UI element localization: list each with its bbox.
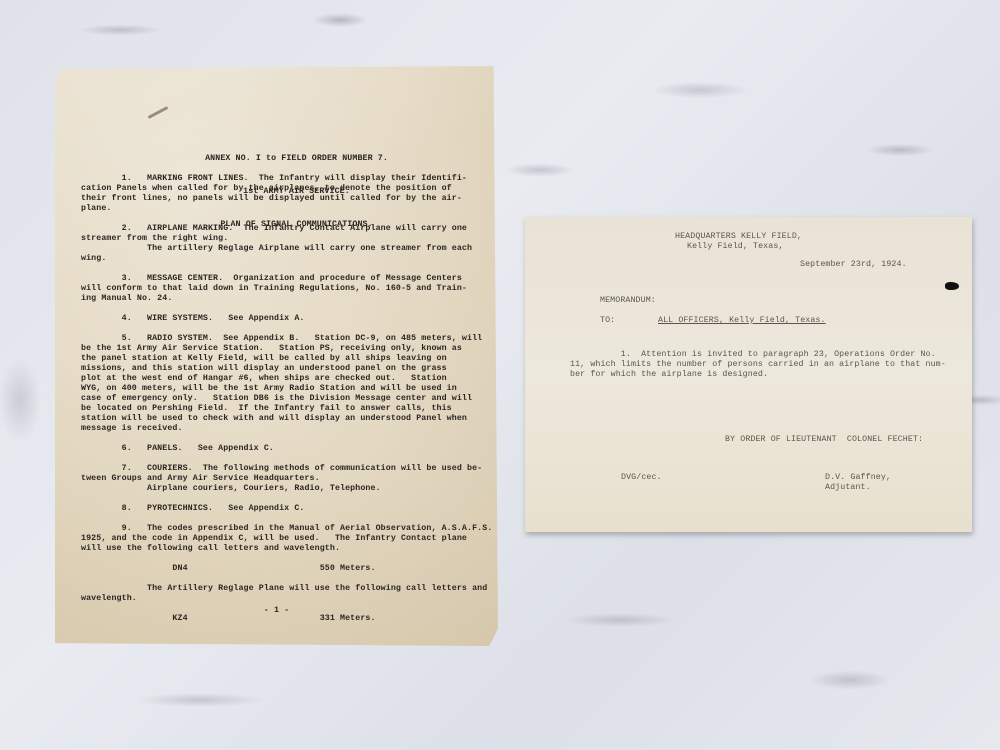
annex-line: 3. MESSAGE CENTER. Organization and proc… bbox=[81, 274, 492, 284]
annex-line: be located on Pershing Field. If the Inf… bbox=[81, 404, 492, 414]
annex-line: their front lines, no panels will be dis… bbox=[81, 194, 492, 204]
annex-line: plane. bbox=[81, 204, 492, 214]
annex-line: station will be used to check with and w… bbox=[81, 414, 492, 424]
annex-line: be the 1st Army Air Service Station. Sta… bbox=[81, 344, 492, 354]
annex-line: 5. RADIO SYSTEM. See Appendix B. Station… bbox=[81, 334, 492, 344]
annex-line bbox=[81, 324, 492, 334]
page-number: - 1 - bbox=[55, 606, 498, 616]
memo-line: 1. Attention is invited to paragraph 23,… bbox=[570, 350, 946, 360]
annex-line: Airplane couriers, Couriers, Radio, Tele… bbox=[81, 484, 492, 494]
annex-line: tween Groups and Army Air Service Headqu… bbox=[81, 474, 492, 484]
memo-body: 1. Attention is invited to paragraph 23,… bbox=[570, 350, 946, 380]
annex-line: DN4 550 Meters. bbox=[81, 564, 492, 574]
annex-line: The artillery Reglage Airplane will carr… bbox=[81, 244, 492, 254]
annex-line bbox=[81, 554, 492, 564]
annex-line: 7. COURIERS. The following methods of co… bbox=[81, 464, 492, 474]
annex-line: wing. bbox=[81, 254, 492, 264]
signature-line: BY ORDER OF LIEUTENANT COLONEL FECHET: bbox=[725, 435, 923, 445]
memo-line: ber for which the airplane is designed. bbox=[570, 370, 946, 380]
annex-line bbox=[81, 514, 492, 524]
annex-line: case of emergency only. Station DB6 is t… bbox=[81, 394, 492, 404]
annex-line: cation Panels when called for by the air… bbox=[81, 184, 492, 194]
annex-line: 6. PANELS. See Appendix C. bbox=[81, 444, 492, 454]
ink-blot bbox=[945, 282, 959, 290]
annex-title: ANNEX NO. I to FIELD ORDER NUMBER 7. bbox=[55, 153, 498, 164]
annex-line: streamer from the right wing. bbox=[81, 234, 492, 244]
memorandum-label: MEMORANDUM: bbox=[600, 296, 656, 306]
annex-line: 2. AIRPLANE MARKING. The Infantry Contac… bbox=[81, 224, 492, 234]
annex-document: ANNEX NO. I to FIELD ORDER NUMBER 7. 1st… bbox=[55, 66, 498, 646]
annex-line: 8. PYROTECHNICS. See Appendix C. bbox=[81, 504, 492, 514]
annex-line: ing Manual No. 24. bbox=[81, 294, 492, 304]
to-label: TO: bbox=[600, 316, 615, 326]
signer-name: D.V. Gaffney, bbox=[825, 473, 891, 483]
to-value: ALL OFFICERS, Kelly Field, Texas. bbox=[658, 316, 826, 326]
reference-initials: DVG/cec. bbox=[621, 473, 662, 483]
annex-line: wavelength. bbox=[81, 594, 492, 604]
memo-header-line1: HEADQUARTERS KELLY FIELD, bbox=[675, 232, 802, 242]
annex-line bbox=[81, 454, 492, 464]
memo-header-line2: Kelly Field, Texas, bbox=[687, 242, 784, 252]
memo-date: September 23rd, 1924. bbox=[800, 260, 907, 270]
annex-line: message is received. bbox=[81, 424, 492, 434]
annex-body: 1. MARKING FRONT LINES. The Infantry wil… bbox=[81, 174, 492, 624]
annex-line bbox=[81, 264, 492, 274]
annex-line: 9. The codes prescribed in the Manual of… bbox=[81, 524, 492, 534]
signer-title: Adjutant. bbox=[825, 483, 871, 493]
annex-line bbox=[81, 494, 492, 504]
memo-line: 11, which limits the number of persons c… bbox=[570, 360, 946, 370]
annex-line bbox=[81, 574, 492, 584]
annex-line: will conform to that laid down in Traini… bbox=[81, 284, 492, 294]
annex-line: 1925, and the code in Appendix C, will b… bbox=[81, 534, 492, 544]
annex-line: the panel station at Kelly Field, will b… bbox=[81, 354, 492, 364]
annex-line bbox=[81, 214, 492, 224]
annex-line: The Artillery Reglage Plane will use the… bbox=[81, 584, 492, 594]
annex-line: 1. MARKING FRONT LINES. The Infantry wil… bbox=[81, 174, 492, 184]
annex-line bbox=[81, 304, 492, 314]
annex-line: WYG, on 400 meters, will be the 1st Army… bbox=[81, 384, 492, 394]
annex-line: missions, and this station will display … bbox=[81, 364, 492, 374]
annex-line bbox=[81, 434, 492, 444]
memo-document: HEADQUARTERS KELLY FIELD, Kelly Field, T… bbox=[525, 217, 972, 532]
annex-line: 4. WIRE SYSTEMS. See Appendix A. bbox=[81, 314, 492, 324]
annex-line: will use the following call letters and … bbox=[81, 544, 492, 554]
annex-line: plot at the west end of Hangar #6, when … bbox=[81, 374, 492, 384]
paper-crease bbox=[148, 106, 169, 119]
